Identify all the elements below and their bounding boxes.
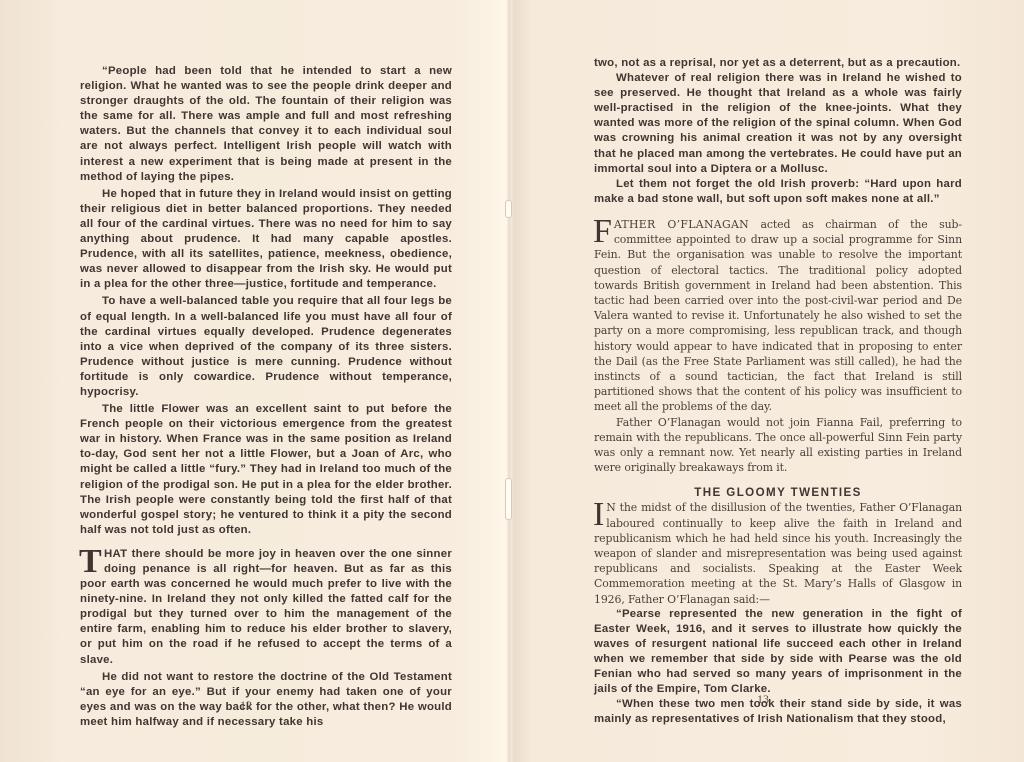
paragraph: Father O’Flanagan would not join Fianna … [594,415,962,476]
paragraph: Let them not forget the old Irish prover… [594,177,962,207]
quote-paragraph: “When these two men took their stand sid… [594,697,962,727]
dropcap-paragraph: THAT there should be more joy in heaven … [80,547,452,668]
paragraph: Whatever of real religion there was in I… [594,71,962,177]
left-page-text: “People had been told that he intended t… [80,64,452,730]
paragraph-text: there should be more joy in heaven over … [80,548,452,666]
page-number: 12 [240,698,252,713]
paragraph: To have a well-balanced table you requir… [80,294,452,400]
left-page: “People had been told that he intended t… [0,0,508,762]
book-spread: “People had been told that he intended t… [0,0,1024,762]
lead-in: ATHER O’FLANAGAN [614,218,749,231]
paragraph: “People had been told that he intended t… [80,64,452,185]
drop-cap: F [593,218,612,246]
section-heading: THE GLOOMY TWENTIES [594,486,962,500]
page-number: 13 [757,692,769,707]
paragraph: He hoped that in future they in Ireland … [80,187,452,293]
paragraph-text: N the midst of the disillusion of the tw… [594,501,962,605]
quote-paragraph: “Pearse represented the new generation i… [594,607,962,698]
drop-cap: I [593,501,604,529]
paragraph-text: acted as chairman of the sub-committee a… [594,218,962,413]
drop-cap: T [79,548,102,576]
paragraph: two, not as a reprisal, nor yet as a det… [594,56,962,71]
right-page: two, not as a reprisal, nor yet as a det… [512,0,1024,762]
right-page-text: two, not as a reprisal, nor yet as a det… [594,56,962,728]
lead-in: HAT [104,548,127,560]
paragraph: He did not want to restore the doctrine … [80,670,452,730]
dropcap-paragraph: IN the midst of the disillusion of the t… [594,500,962,606]
paragraph: The little Flower was an excellent saint… [80,402,452,538]
dropcap-paragraph: FATHER O’FLANAGAN acted as chairman of t… [594,217,962,415]
